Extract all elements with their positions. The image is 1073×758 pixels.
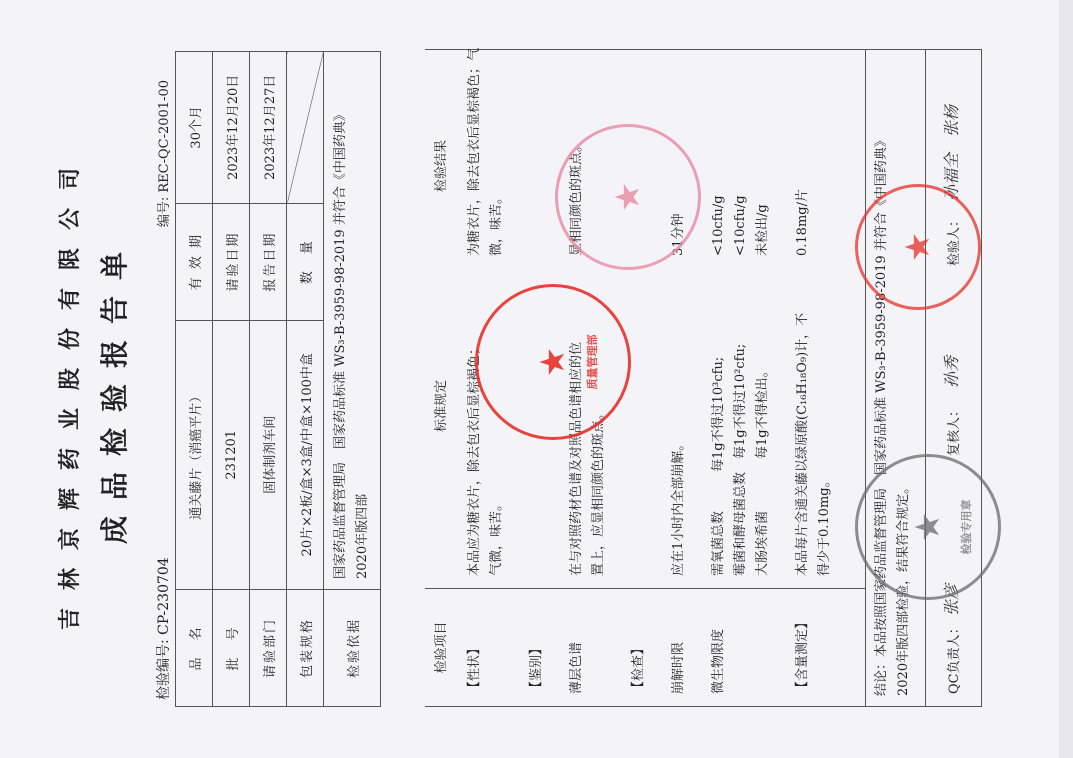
form-number: 编号: REC-QC-2001-00 — [153, 80, 172, 227]
product-name-label: 品 名 — [176, 590, 213, 707]
result-text: 未检出/g — [753, 204, 773, 256]
quantity-label: 数 量 — [287, 203, 324, 320]
form-number-label: 编号: — [157, 197, 172, 227]
quantity-value-empty — [287, 52, 324, 204]
basis-line-2: 2020年版四部 — [352, 62, 374, 579]
request-date-value: 2023年12月20日 — [213, 52, 250, 204]
test-item: 薄层色谱 — [567, 642, 587, 694]
test-item: 【检查】 — [629, 642, 649, 694]
basis-label: 检验依据 — [324, 590, 381, 707]
reviewer-label: 复核人： — [943, 404, 962, 456]
test-number-value: CP-230704 — [156, 557, 172, 635]
result-text: <10cfu/g — [731, 195, 751, 256]
report-date-label: 报告日期 — [250, 203, 287, 320]
dept-label: 请验部门 — [250, 590, 287, 707]
conclusion-line-2: 2020年版四部检验，结果符合规定。 — [893, 60, 915, 696]
test-item: 【含量测定】 — [793, 616, 813, 694]
stamp-text: 检验专用章 — [958, 500, 974, 555]
standard-text: 霉菌和酵母菌总数 每1g不得过10²cfu; — [731, 344, 751, 576]
qc-label: QC负责人： — [943, 621, 962, 694]
header-result: 检验结果 — [425, 66, 459, 266]
result-text: <10cfu/g — [709, 195, 729, 256]
company-name: 吉林京辉药业股份有限公司 — [53, 40, 84, 740]
standard-text: 本品每片含通关藤以绿原酸(C₁₆H₁₈O₉)计，不 — [793, 313, 813, 576]
result-text: 微，味苦。 — [487, 191, 507, 256]
batch-label: 批 号 — [213, 590, 250, 707]
basis-line-1: 国家药品监督管理局 国家药品标准 WS₃-B-3959-98-2019 并符合《… — [330, 62, 352, 579]
quality-dept-stamp-pink: ★ — [555, 124, 701, 270]
header-standard: 标准规定 — [425, 306, 459, 506]
test-number-label: 检验编号: — [156, 639, 172, 700]
conclusion: 结论：本品按照国家药品监督管理局 国家药品标准 WS₃-B-3959-98-20… — [865, 49, 926, 707]
standard-text: 应在1小时内全部崩解。 — [669, 438, 689, 576]
result-text: 为糖衣片，除去包衣后显棕褐色；气 — [465, 48, 485, 256]
report-date-value: 2023年12月27日 — [250, 52, 287, 204]
star-icon: ★ — [901, 232, 935, 262]
request-date-label: 请验日期 — [213, 203, 250, 320]
package-value: 20片×2板/盒×3盒/中盒×100中盒 — [287, 320, 324, 589]
quality-dept-stamp-red: ★ 质量管理部 — [475, 284, 631, 440]
dept-value: 固体制剂车间 — [250, 320, 287, 589]
reviewer-signature: 孙秀 — [939, 356, 962, 388]
basis-value: 国家药品监督管理局 国家药品标准 WS₃-B-3959-98-2019 并符合《… — [324, 52, 381, 590]
report-title: 成品检验报告单 — [93, 40, 133, 740]
standard-text: 气微，味苦。 — [487, 498, 507, 576]
inspection-report-page: 吉林京辉药业股份有限公司 成品检验报告单 检验编号: CP-230704 编号:… — [35, 40, 1035, 740]
form-number-value: REC-QC-2001-00 — [157, 80, 172, 193]
test-item: 微生物限度 — [709, 629, 729, 694]
product-info-table: 品 名 通关藤片（消癌平片） 有 效 期 30个月 批 号 231201 请验日… — [175, 51, 381, 707]
scan-edge — [1059, 0, 1073, 758]
quality-dept-stamp-red-2: ★ — [855, 184, 981, 310]
inspector-signature: 孙福全 张杨 — [939, 105, 962, 201]
signatures: QC负责人： 张彦 复核人： 孙秀 检验人： 孙福全 张杨 — [925, 49, 982, 707]
test-number: 检验编号: CP-230704 — [153, 557, 173, 700]
package-label: 包装规格 — [287, 590, 324, 707]
star-icon: ★ — [911, 512, 945, 542]
batch-value: 231201 — [213, 320, 250, 589]
standard-text: 置上，应显相同颜色的斑点。 — [589, 407, 609, 576]
standard-text: 得少于0.10mg。 — [815, 474, 835, 576]
header-test-item: 检验项目 — [425, 589, 459, 706]
shelf-life-label: 有 效 期 — [176, 203, 213, 320]
shelf-life-value: 30个月 — [176, 52, 213, 204]
star-icon: ★ — [611, 182, 645, 212]
standard-text: 大肠埃希菌 每1g不得检出。 — [753, 364, 773, 576]
test-item: 【鉴别】 — [527, 642, 547, 694]
star-icon: ★ — [536, 347, 570, 377]
product-name-value: 通关藤片（消癌平片） — [176, 320, 213, 589]
inspection-stamp-gray: ★ 检验专用章 — [855, 454, 1001, 600]
column-divider — [425, 588, 865, 589]
test-item: 【性状】 — [465, 642, 485, 694]
result-text: 0.18mg/片 — [793, 189, 813, 256]
test-item: 崩解时限 — [669, 642, 689, 694]
standard-text: 需氧菌总数 每1g不得过10³cfu; — [709, 357, 729, 576]
conclusion-line-1: 结论：本品按照国家药品监督管理局 国家药品标准 WS₃-B-3959-98-20… — [871, 60, 893, 696]
stamp-text: 质量管理部 — [584, 335, 600, 390]
